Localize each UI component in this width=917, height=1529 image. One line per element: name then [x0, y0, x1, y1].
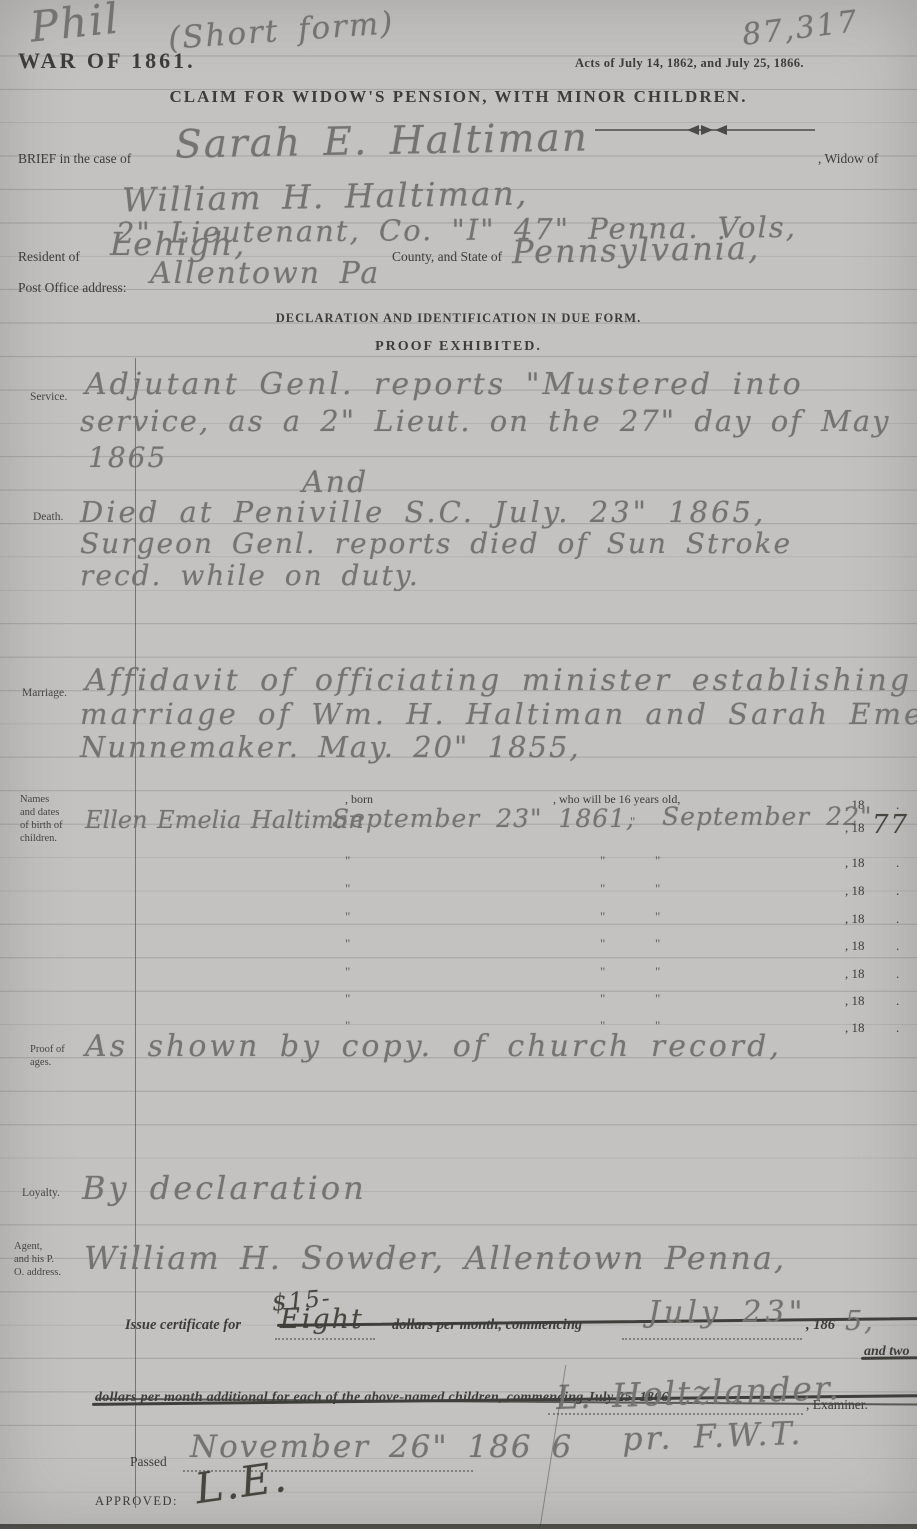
certificate-middle: dollars per month, commencing: [392, 1318, 582, 1333]
ditto-year: , 18: [845, 912, 865, 925]
brief-prefix: BRIEF in the case of: [18, 152, 131, 166]
certificate-date: July 23": [648, 1298, 806, 1328]
ditto-mark: ": [345, 937, 350, 950]
children-ditto-row: " " " , 18 .: [0, 904, 917, 932]
ditto-mark: ": [345, 965, 350, 978]
ornament-divider: [595, 124, 815, 140]
examiner-signature: L. Holtzlander.: [556, 1371, 842, 1414]
annotation-phil: Phil: [28, 0, 122, 49]
agent-label-line3: O. address.: [14, 1266, 61, 1279]
ditto-year: , 18: [845, 884, 865, 897]
po-address-label: Post Office address:: [18, 281, 126, 295]
amount-dotted-line: [275, 1338, 375, 1340]
child-sixteen-date: September 22": [662, 804, 872, 829]
certificate-year-printed: , 186: [806, 1318, 835, 1333]
ditto-mark: ": [345, 882, 350, 895]
proof-of-ages-label-line1: Proof of: [30, 1043, 65, 1056]
child-year-prefix: , 18: [845, 821, 865, 834]
certificate-prefix: Issue certificate for: [125, 1318, 241, 1333]
service-line2: service, as a 2" Lieut. on the 27" day o…: [80, 407, 891, 436]
child-born-date: September 23" 1861,: [332, 806, 635, 831]
examiner-label: , Examiner.: [806, 1398, 868, 1412]
proof-of-ages-label: Proof of ages.: [30, 1043, 65, 1069]
pension-claim-document: Phil (Short form) 87,317 WAR OF 1861. Ac…: [0, 0, 917, 1529]
ditto-year: , 18: [845, 1021, 865, 1034]
service-line1: Adjutant Genl. reports "Mustered into: [85, 370, 804, 400]
resident-label: Resident of: [18, 250, 80, 264]
ditto-mark: ": [655, 937, 660, 950]
declaration-heading: DECLARATION AND IDENTIFICATION IN DUE FO…: [0, 312, 917, 325]
children-ditto-row: " " " , 18 .: [0, 959, 917, 987]
ditto-mark: ": [655, 910, 660, 923]
ditto-mark: ": [600, 854, 605, 867]
agent-text: William H. Sowder, Allentown Penna,: [84, 1242, 786, 1274]
death-line2: Surgeon Genl. reports died of Sun Stroke: [80, 530, 792, 558]
ditto-mark: ": [345, 854, 350, 867]
ditto-mark: ": [600, 992, 605, 1005]
annotation-short-form: (Short form): [167, 8, 395, 55]
ditto-period: .: [896, 884, 899, 897]
children-label-line1: Names: [20, 793, 63, 806]
child-ditto-mark: ": [630, 815, 635, 828]
proof-of-ages-label-line2: ages.: [30, 1056, 65, 1069]
annotation-claim-number: 87,317: [741, 7, 861, 51]
death-label: Death.: [33, 512, 63, 524]
service-line3: 1865: [88, 444, 167, 472]
ditto-mark: ": [600, 882, 605, 895]
ditto-mark: ": [345, 992, 350, 1005]
children-label-line2: and dates: [20, 806, 63, 819]
proof-of-ages-text: As shown by copy. of church record,: [85, 1032, 782, 1062]
po-address-value: Allentown Pa: [150, 259, 380, 289]
ditto-mark: ": [655, 854, 660, 867]
ditto-period: .: [896, 939, 899, 952]
claim-title: CLAIM FOR WIDOW'S PENSION, WITH MINOR CH…: [0, 88, 917, 105]
ditto-period: .: [896, 856, 899, 869]
death-line3: recd. while on duty.: [80, 562, 420, 590]
acts-line: Acts of July 14, 1862, and July 25, 1866…: [575, 57, 804, 70]
state-value: Pennsylvania,: [512, 232, 761, 268]
ditto-period: .: [896, 967, 899, 980]
children-ditto-row: " " " , 18 .: [0, 848, 917, 876]
ditto-mark: ": [600, 937, 605, 950]
clerk-initials: pr. F.W.T.: [621, 1417, 803, 1455]
ditto-mark: ": [655, 882, 660, 895]
ditto-year: , 18: [845, 939, 865, 952]
children-ditto-row: " " " , 18 .: [0, 876, 917, 904]
war-title: WAR OF 1861.: [18, 50, 196, 72]
certificate-struck-tail: and two: [864, 1345, 917, 1359]
agent-label: Agent, and his P. O. address.: [14, 1240, 61, 1279]
marriage-line3: Nunnemaker. May. 20" 1855,: [80, 733, 581, 762]
ditto-year: , 18: [845, 967, 865, 980]
child-name: Ellen Emelia Haltiman: [85, 808, 364, 832]
county-state-label: County, and State of: [392, 250, 502, 264]
brief-suffix: , Widow of: [818, 152, 878, 166]
widow-name: Sarah E. Haltiman: [175, 118, 589, 164]
marriage-label: Marriage.: [22, 688, 67, 700]
children-ditto-row: " " " , 18 .: [0, 931, 917, 959]
certificate-amount-revised: $15-: [271, 1287, 332, 1315]
proof-heading: PROOF EXHIBITED.: [0, 340, 917, 354]
ditto-mark: ": [655, 992, 660, 1005]
agent-label-line1: Agent,: [14, 1240, 61, 1253]
approved-initials: L.E.: [193, 1456, 291, 1511]
death-line1: Died at Peniville S.C. July. 23" 1865,: [80, 498, 766, 527]
ditto-year: , 18: [845, 856, 865, 869]
ditto-period: .: [896, 994, 899, 1007]
children-label-line4: children.: [20, 832, 63, 845]
approved-label: APPROVED:: [95, 1495, 178, 1508]
children-label: Names and dates of birth of children.: [20, 793, 63, 846]
loyalty-label: Loyalty.: [22, 1188, 60, 1200]
ditto-period: .: [896, 912, 899, 925]
service-label: Service.: [30, 392, 67, 404]
child-year-value: 77: [872, 812, 909, 838]
ditto-mark: ": [345, 910, 350, 923]
service-and-connector: And: [302, 468, 368, 498]
loyalty-text: By declaration: [82, 1172, 367, 1204]
children-ditto-row: " " " , 18 .: [0, 986, 917, 1014]
ditto-mark: ": [655, 965, 660, 978]
passed-label: Passed: [130, 1455, 167, 1469]
certificate-year-hand: 5,: [845, 1308, 875, 1335]
scan-bottom-edge: [0, 1524, 917, 1529]
ditto-period: .: [896, 1021, 899, 1034]
marriage-line1: Affidavit of officiating minister establ…: [85, 666, 912, 696]
soldier-name: William H. Haltiman,: [122, 176, 529, 216]
ditto-year: , 18: [845, 994, 865, 1007]
agent-label-line2: and his P.: [14, 1253, 61, 1266]
ditto-mark: ": [600, 910, 605, 923]
marriage-line2: marriage of Wm. H. Haltiman and Sarah Em…: [80, 700, 917, 729]
date-dotted-line: [622, 1338, 802, 1340]
ditto-mark: ": [600, 965, 605, 978]
children-label-line3: of birth of: [20, 819, 63, 832]
